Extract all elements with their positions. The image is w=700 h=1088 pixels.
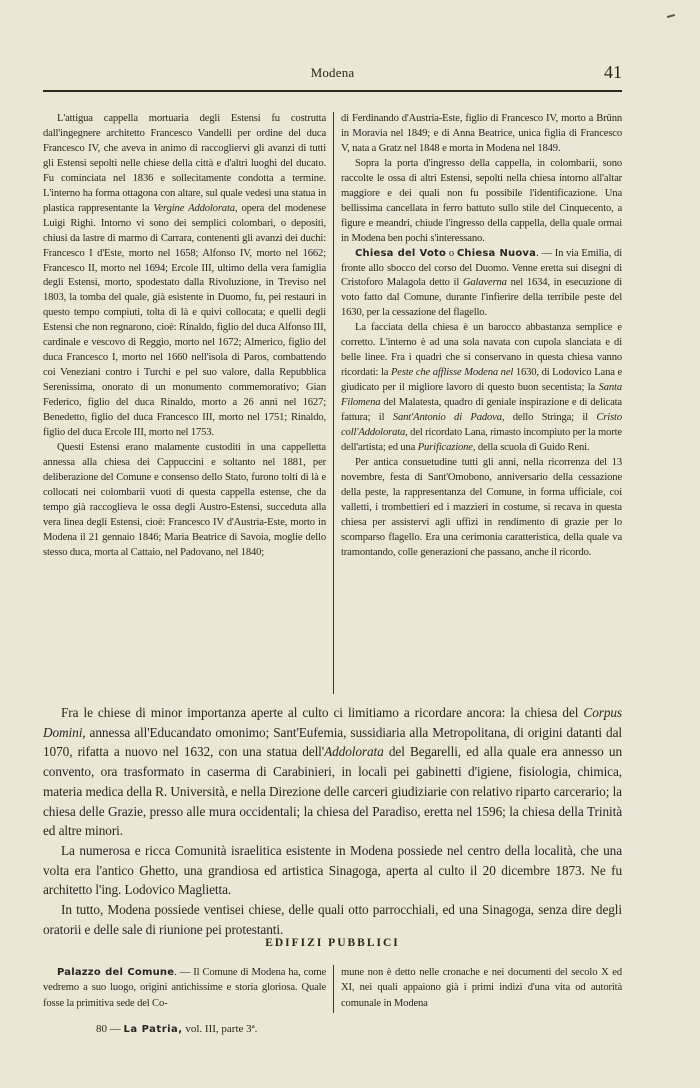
page-number: 41: [604, 62, 622, 83]
signature-footer: 80 — La Patria, vol. III, parte 3ª.: [96, 1023, 257, 1035]
sheet-number: 80 —: [96, 1023, 121, 1035]
left-column: Palazzo del Comune. — Il Comune di Moden…: [43, 965, 326, 1011]
paragraph-chiese-minori: Fra le chiese di minor importanza aperte…: [43, 703, 622, 841]
paragraph-totale-chiese: In tutto, Modena possiede ventisei chies…: [43, 900, 622, 939]
header-rule: [43, 90, 622, 92]
italic-name: Galaverna: [463, 277, 507, 288]
text-run: Fra le chiese di minor importanza aperte…: [61, 705, 583, 720]
publication-title: La Patria,: [124, 1024, 183, 1035]
italic-title: Peste che afflisse Modena nel: [391, 367, 513, 378]
book-page: Modena 41 L'attigua cappella mortuaria d…: [0, 0, 700, 1088]
paragraph-estensi-custoditi: Questi Estensi erano malamente custoditi…: [43, 441, 326, 561]
paragraph-consuetudine: Per antica consuetudine tutti gli anni, …: [341, 456, 622, 561]
italic-title: Sant'Antonio di Padova: [393, 412, 502, 423]
italic-name: Addolorata: [324, 744, 384, 759]
paragraph-cappella-mortuaria: L'attigua cappella mortuaria degli Esten…: [43, 112, 326, 441]
paragraph-facciata: La facciata della chiesa è un barocco ab…: [341, 321, 622, 456]
text-run: , opera del modenese Luigi Righi. Intorn…: [43, 203, 326, 438]
entry-heading: Chiesa Nuova: [457, 248, 536, 259]
text-run: o: [446, 248, 457, 259]
entry-heading: Chiesa del Voto: [355, 248, 446, 259]
paragraph-continuation: di Ferdinando d'Austria-Este, figlio di …: [341, 112, 622, 157]
running-title: Modena: [43, 65, 622, 81]
text-run: L'attigua cappella mortuaria degli Esten…: [43, 113, 326, 214]
italic-title: Vergine Addolorata: [153, 203, 235, 214]
running-head: Modena 41: [43, 62, 622, 86]
volume-info: vol. III, parte 3ª.: [183, 1023, 258, 1035]
entry-heading: Palazzo del Comune: [57, 967, 174, 978]
section-title: EDIFIZI PUBBLICI: [43, 937, 622, 949]
left-column: L'attigua cappella mortuaria degli Esten…: [43, 112, 326, 561]
right-column: di Ferdinando d'Austria-Este, figlio di …: [341, 112, 622, 561]
italic-title: Purificazione: [418, 442, 473, 453]
right-column: mune non è detto nelle cronache e nei do…: [341, 965, 622, 1011]
wide-body: Fra le chiese di minor importanza aperte…: [43, 703, 622, 939]
paragraph-porta-ingresso: Sopra la porta d'ingresso della cappella…: [341, 157, 622, 247]
text-run: , della scuola di Guido Reni.: [473, 442, 590, 453]
paragraph-chiesa-del-voto: Chiesa del Voto o Chiesa Nuova. — In via…: [341, 247, 622, 322]
scan-mark: [667, 14, 675, 18]
paragraph-continuation: mune non è detto nelle cronache e nei do…: [341, 965, 622, 1011]
paragraph-sinagoga: La numerosa e ricca Comunità israelitica…: [43, 841, 622, 900]
column-divider: [333, 965, 334, 1013]
column-divider: [333, 112, 334, 694]
paragraph-palazzo-comune: Palazzo del Comune. — Il Comune di Moden…: [43, 965, 326, 1011]
text-run: , dello Stringa; il: [502, 412, 597, 423]
